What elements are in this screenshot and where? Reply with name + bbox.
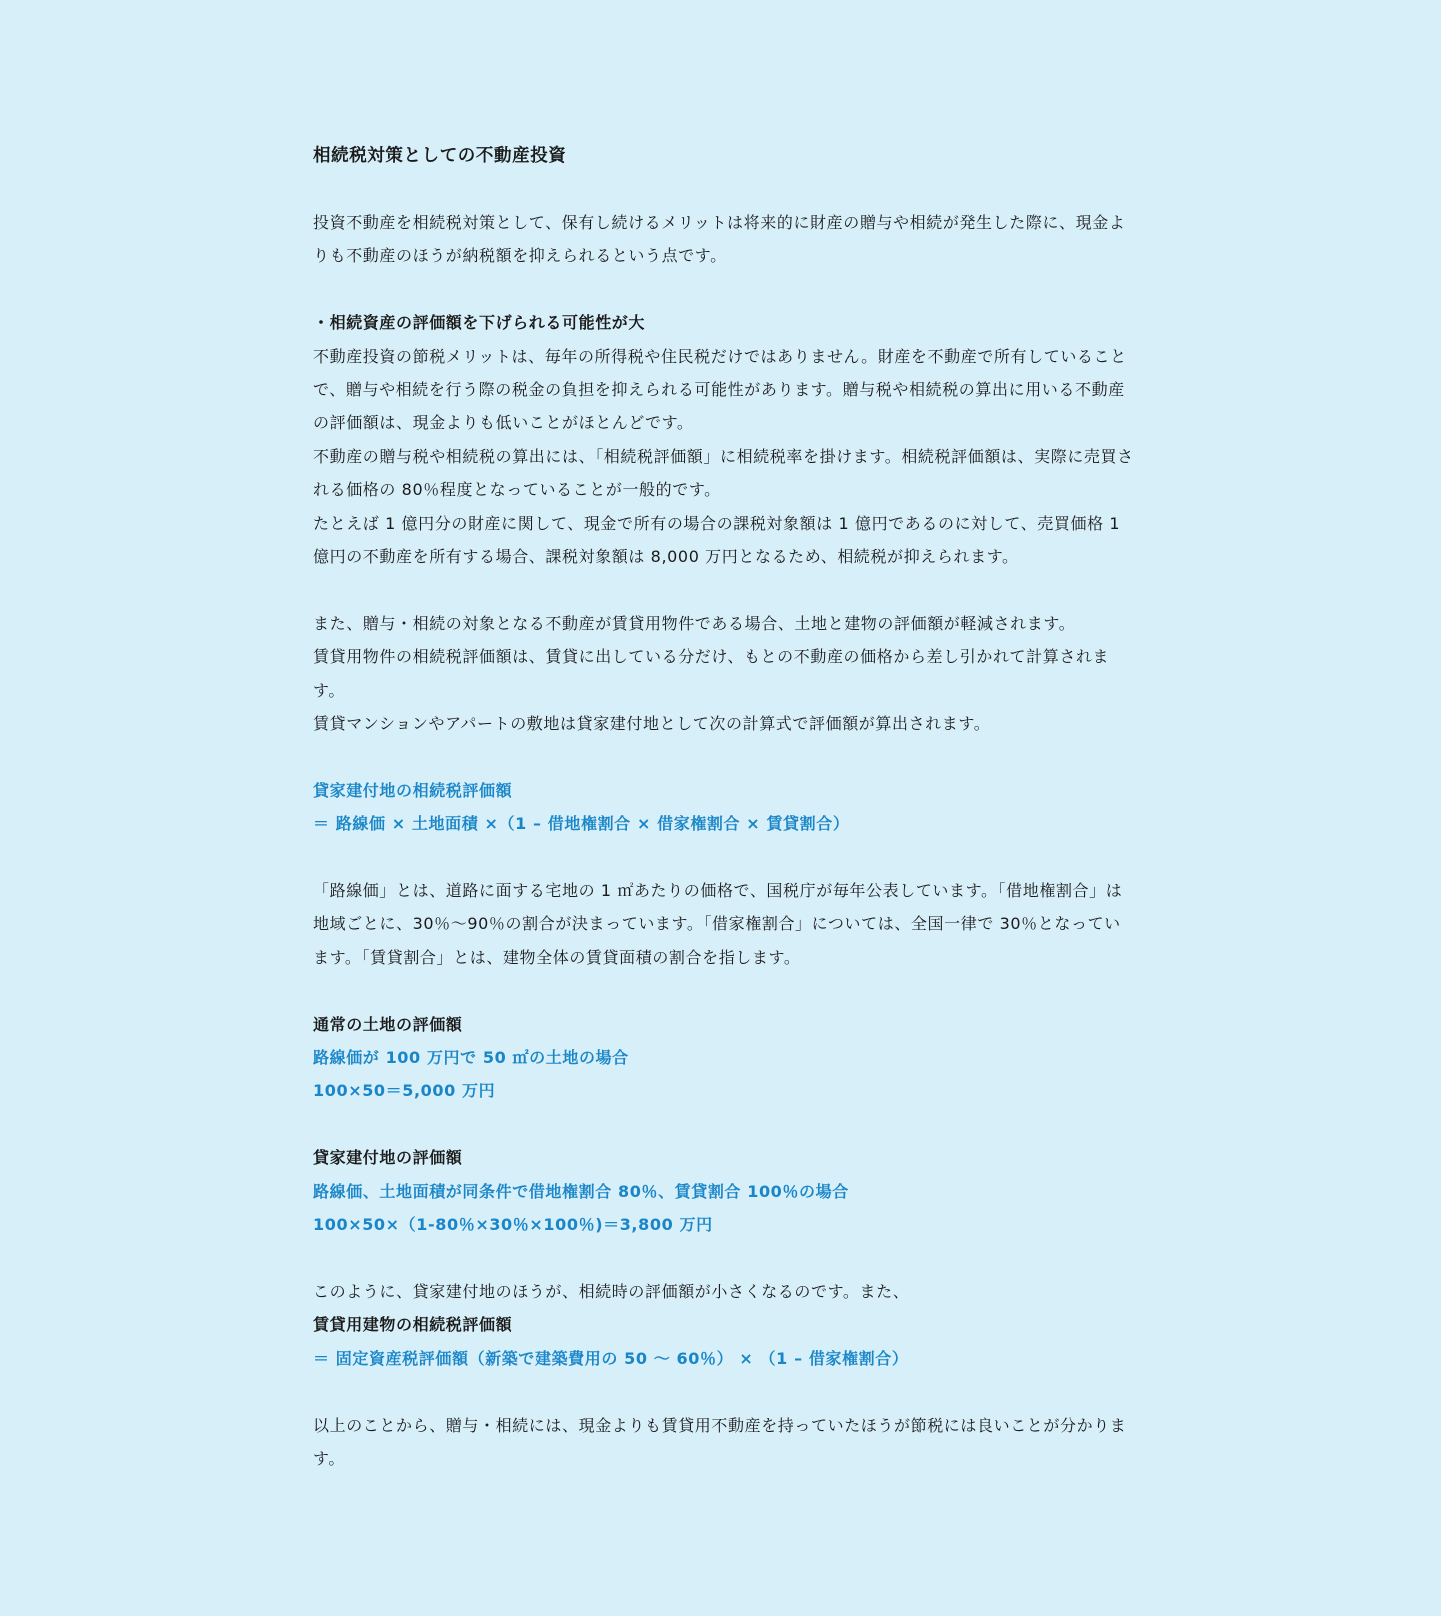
example-heading: 貸家建付地の評価額 [313, 1141, 1135, 1174]
spacer [313, 841, 1135, 874]
spacer [313, 1375, 1135, 1408]
section-heading: ・相続資産の評価額を下げられる可能性が大 [313, 306, 1135, 339]
example-condition: 路線価が 100 万円で 50 ㎡の土地の場合 [313, 1041, 1135, 1074]
conclusion-paragraph: 以上のことから、贈与・相続には、現金よりも賃貸用不動産を持っていたほうが節税には… [313, 1409, 1135, 1476]
spacer [313, 573, 1135, 606]
paragraph: また、贈与・相続の対象となる不動産が賃貸用物件である場合、土地と建物の評価額が軽… [313, 607, 1135, 640]
example-condition: 路線価、土地面積が同条件で借地権割合 80％、賃貸割合 100％の場合 [313, 1175, 1135, 1208]
formula-expression: ＝ 固定資産税評価額（新築で建築費用の 50 〜 60％） × （1 – 借家権… [313, 1342, 1135, 1375]
intro-paragraph: 投資不動産を相続税対策として、保有し続けるメリットは将来的に財産の贈与や相続が発… [313, 206, 1135, 273]
paragraph: 不動産の贈与税や相続税の算出には、「相続税評価額」に相続税率を掛けます。相続税評… [313, 440, 1135, 507]
definitions-paragraph: 「路線価」とは、道路に面する宅地の 1 ㎡あたりの価格で、国税庁が毎年公表してい… [313, 874, 1135, 974]
paragraph: 賃貸用物件の相続税評価額は、賃貸に出している分だけ、もとの不動産の価格から差し引… [313, 640, 1135, 707]
spacer [313, 1242, 1135, 1275]
spacer [313, 1108, 1135, 1141]
formula-heading: 貸家建付地の相続税評価額 [313, 774, 1135, 807]
spacer [313, 740, 1135, 773]
example-calculation: 100×50×（1-80％×30％×100％)＝3,800 万円 [313, 1208, 1135, 1241]
spacer [313, 273, 1135, 306]
paragraph: たとえば 1 億円分の財産に関して、現金で所有の場合の課税対象額は 1 億円であ… [313, 507, 1135, 574]
article-title: 相続税対策としての不動産投資 [313, 140, 1135, 173]
example-heading: 通常の土地の評価額 [313, 1008, 1135, 1041]
article: 相続税対策としての不動産投資 投資不動産を相続税対策として、保有し続けるメリット… [313, 140, 1135, 1475]
spacer [313, 974, 1135, 1007]
formula-expression: ＝ 路線価 × 土地面積 ×（1 – 借地権割合 × 借家権割合 × 賃貸割合） [313, 807, 1135, 840]
paragraph: 不動産投資の節税メリットは、毎年の所得税や住民税だけではありません。財産を不動産… [313, 340, 1135, 440]
formula-heading: 賃貸用建物の相続税評価額 [313, 1308, 1135, 1341]
transition-paragraph: このように、貸家建付地のほうが、相続時の評価額が小さくなるのです。また、 [313, 1275, 1135, 1308]
example-calculation: 100×50＝5,000 万円 [313, 1074, 1135, 1107]
paragraph: 賃貸マンションやアパートの敷地は貸家建付地として次の計算式で評価額が算出されます… [313, 707, 1135, 740]
